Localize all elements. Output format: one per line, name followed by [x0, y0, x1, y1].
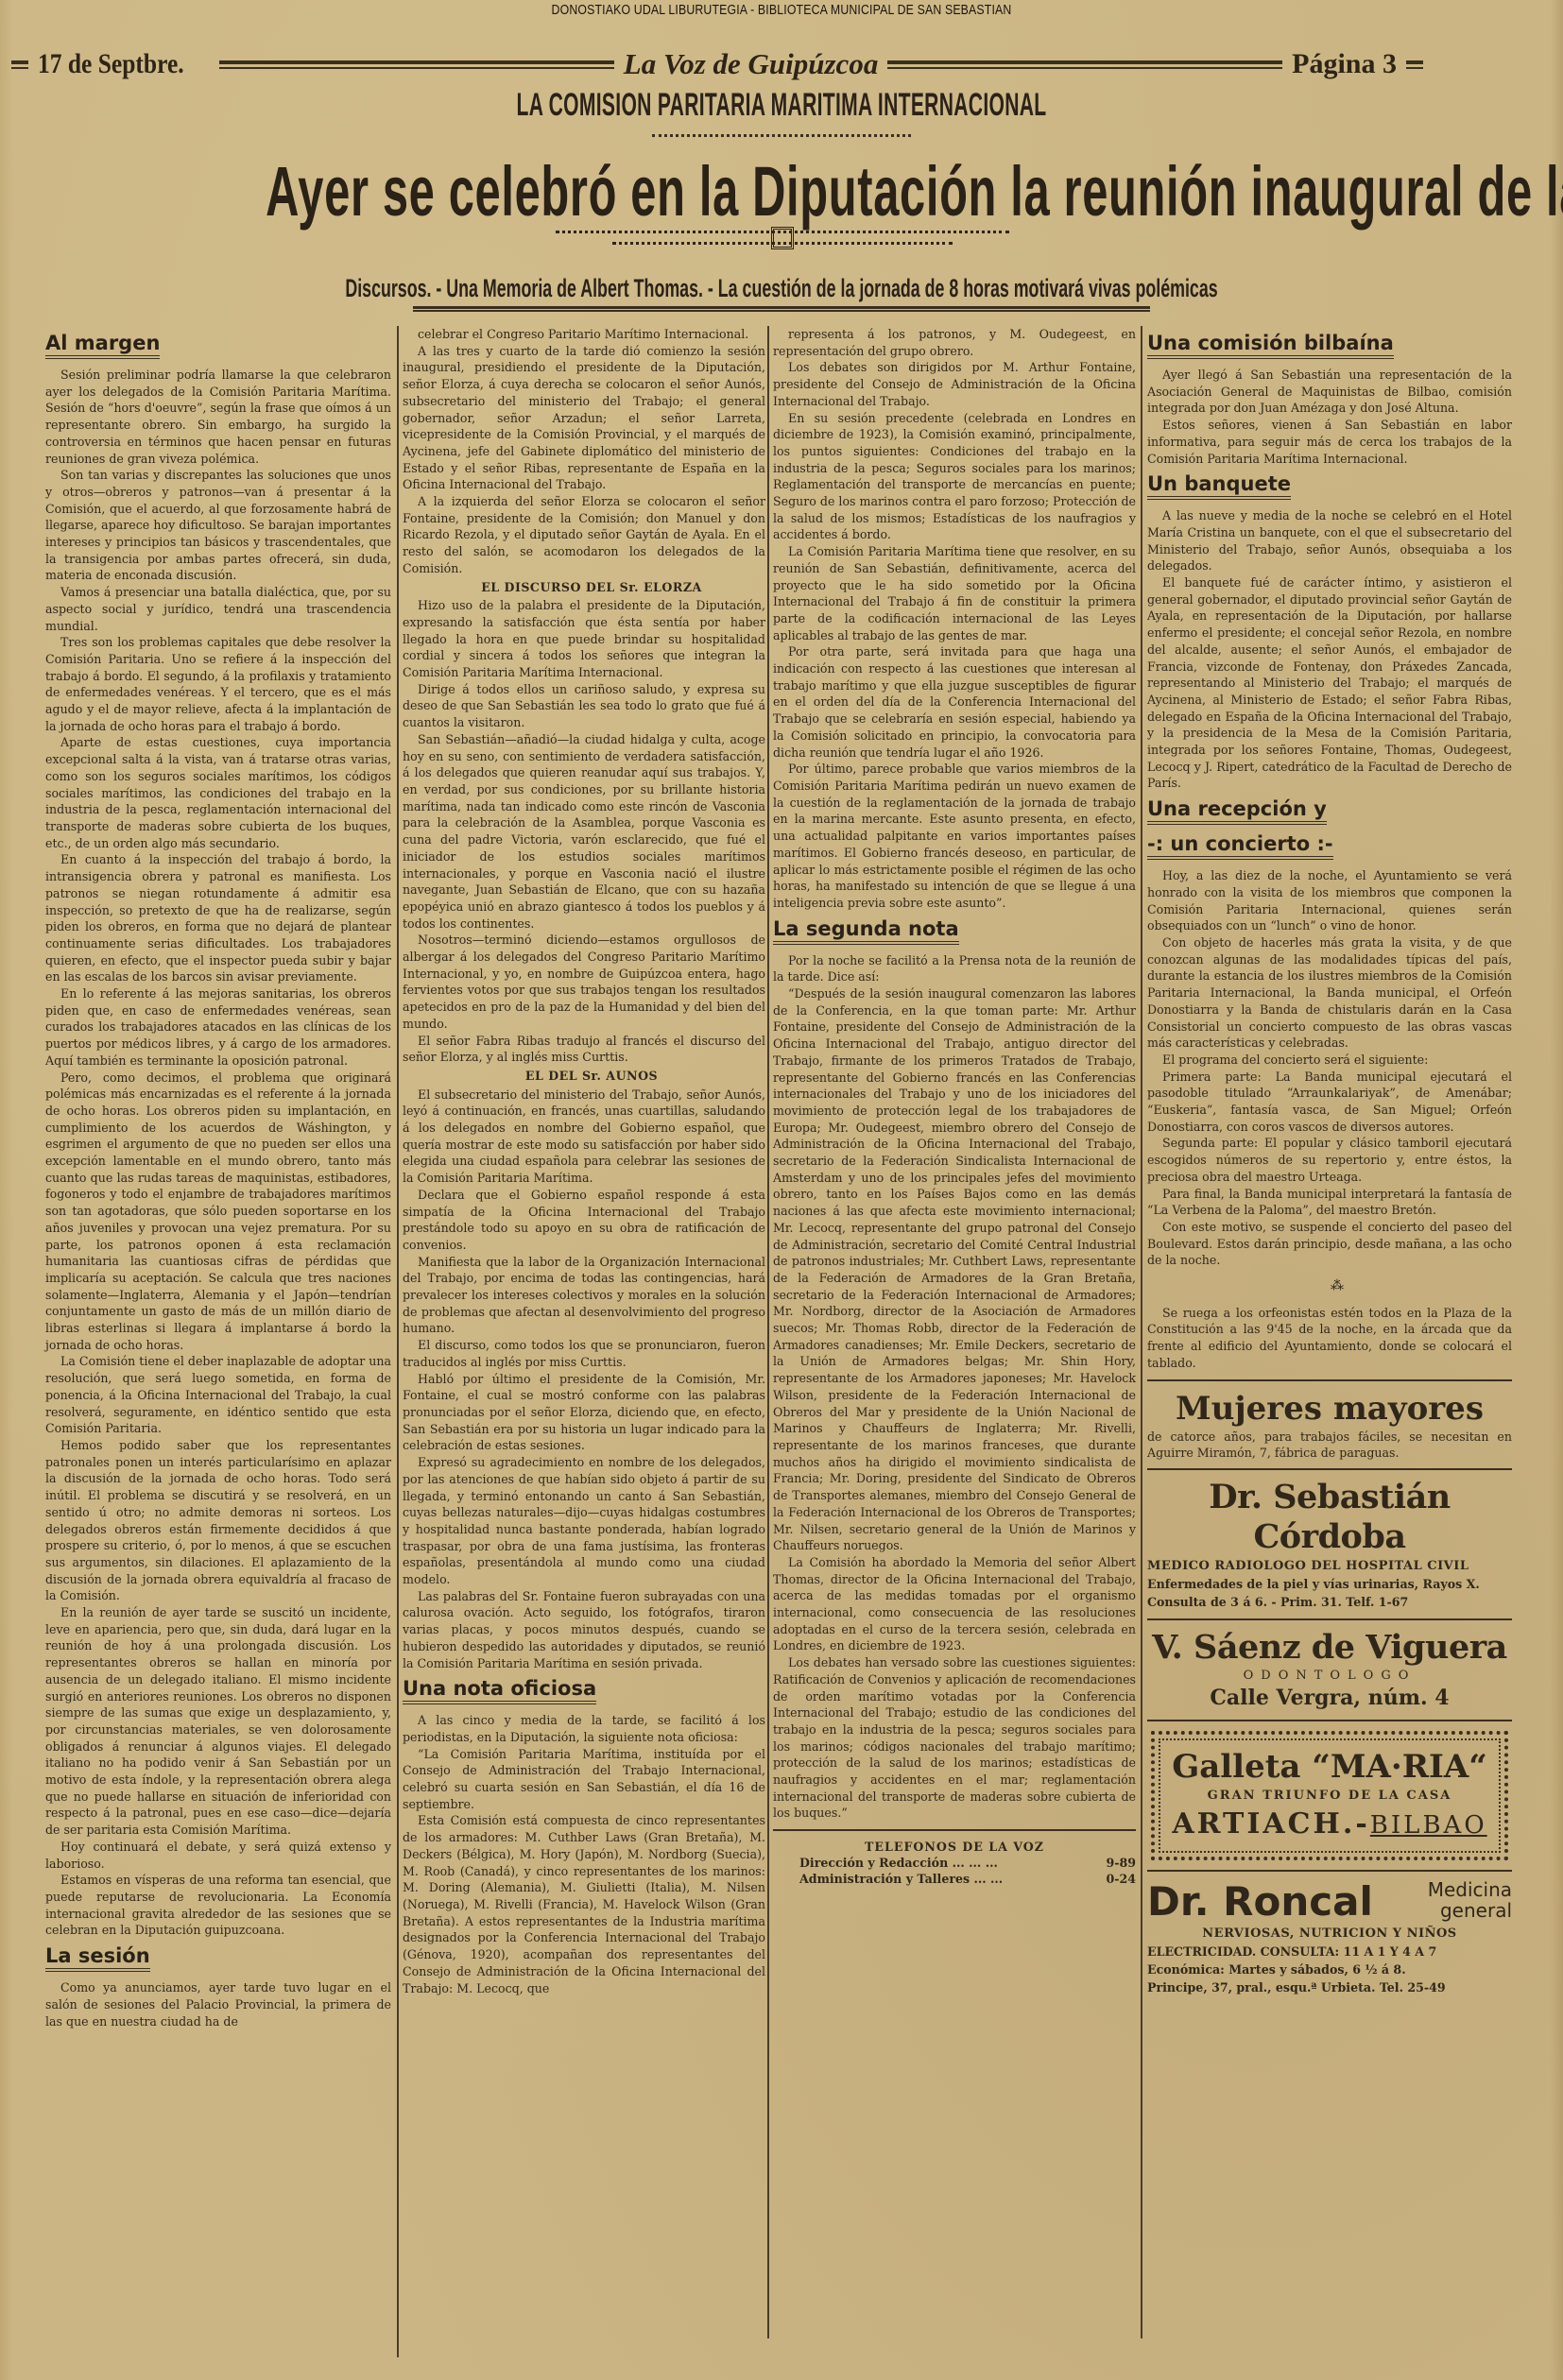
paragraph: Hoy, a las diez de la noche, el Ayuntami…	[1147, 867, 1512, 934]
paragraph: En cuanto á la inspección del trabajo á …	[45, 851, 391, 985]
masthead-rule	[219, 60, 614, 69]
masthead: 17 de Septbre. La Voz de Guipúzcoa Págin…	[11, 47, 1423, 81]
paragraph: En la reunión de ayer tarde se suscitó u…	[45, 1604, 391, 1839]
paragraph: Las palabras del Sr. Fontaine fueron sub…	[403, 1588, 765, 1672]
section-title-concierto: -: un concierto :-	[1147, 832, 1333, 860]
column-3: representa á los patronos, y M. Oudegees…	[773, 326, 1136, 1887]
paragraph: A las tres y cuarto de la tarde dió comi…	[403, 343, 765, 493]
paragraph: Como ya anunciamos, ayer tarde tuvo luga…	[45, 1979, 391, 2029]
article-banquete: A las nueve y media de la noche se celeb…	[1147, 507, 1512, 792]
column-rule	[397, 326, 399, 2357]
section-title-comision-bilbaina: Una comisión bilbaína	[1147, 332, 1394, 359]
paragraph: La Comisión Paritaria Marítima tiene que…	[773, 543, 1136, 643]
divider	[1147, 1379, 1512, 1381]
paragraph: Hoy continuará el debate, y será quizá e…	[45, 1839, 391, 1872]
article-discurso-aunos: El subsecretario del ministerio del Trab…	[403, 1087, 765, 1672]
phone-number: 0-24	[1106, 1871, 1136, 1887]
paragraph: Estamos en vísperas de una reforma tan e…	[45, 1872, 391, 1939]
article-recepcion-concierto: Hoy, a las diez de la noche, el Ayuntami…	[1147, 867, 1512, 1269]
article-la-sesion: Como ya anunciamos, ayer tarde tuvo luga…	[45, 1979, 391, 2029]
paragraph: Esta Comisión está compuesta de cinco re…	[403, 1812, 765, 1996]
paragraph: Manifiesta que la labor de la Organizaci…	[403, 1254, 765, 1338]
subheadline-deck: Discursos. - Una Memoria de Albert Thoma…	[266, 274, 1297, 303]
section-title-nota-oficiosa: Una nota oficiosa	[403, 1677, 596, 1704]
paragraph: Por último, parece probable que varios m…	[773, 761, 1136, 911]
ad-title: V. Sáenz de Viguera	[1147, 1628, 1512, 1668]
ad-subtitle: MEDICO RADIOLOGO DEL HOSPITAL CIVIL	[1147, 1557, 1512, 1575]
archive-watermark: DONOSTIAKO UDAL LIBURUTEGIA - BIBLIOTECA…	[141, 2, 1422, 18]
section-title-la-sesion: La sesión	[45, 1944, 150, 1972]
knot-ornament-icon	[771, 227, 794, 249]
ad-brand: ARTIACH.-BILBAO	[1166, 1806, 1493, 1843]
ad-text: Enfermedades de la piel y vías urinarias…	[1147, 1575, 1512, 1611]
paragraph: Nosotros—terminó diciendo—estamos orgull…	[403, 932, 765, 1032]
ad-specialty-line: Medicina	[1428, 1879, 1512, 1900]
ad-dr-roncal: Dr. Roncal Medicina general NERVIOSAS, N…	[1147, 1879, 1512, 1996]
paragraph: A las nueve y media de la noche se celeb…	[1147, 507, 1512, 574]
ad-galleta-maria: Galleta “MA·RIA“ GRAN TRIUNFO DE LA CASA…	[1151, 1731, 1508, 1860]
asterism-icon: ⁂	[1147, 1278, 1512, 1295]
paragraph: representa á los patronos, y M. Oudegees…	[773, 326, 1136, 359]
paragraph: Dirige á todos ellos un cariñoso saludo,…	[403, 681, 765, 731]
paragraph: Vamos á presenciar una batalla dialéctic…	[45, 584, 391, 634]
ad-dr-cordoba: Dr. Sebastián Córdoba MEDICO RADIOLOGO D…	[1147, 1478, 1512, 1611]
ad-title: Galleta “MA·RIA“	[1166, 1748, 1493, 1786]
ornament-divider	[556, 227, 1009, 255]
paragraph: “Después de la sesión inaugural comenzar…	[773, 985, 1136, 1554]
paragraph: El discurso, como todos los que se pronu…	[403, 1337, 765, 1370]
paragraph: Los debates han versado sobre las cuesti…	[773, 1654, 1136, 1822]
issue-date: 17 de Septbre.	[38, 48, 184, 80]
ad-line: NERVIOSAS, NUTRICION Y NIÑOS	[1147, 1925, 1512, 1943]
paragraph: Pero, como decimos, el problema que orig…	[45, 1070, 391, 1354]
paragraph: Por la noche se facilitó a la Prensa not…	[773, 952, 1136, 985]
paragraph: Ayer llegó á San Sebastián una represent…	[1147, 367, 1512, 417]
phone-row: Dirección y Redacción ... ... ... 9-89	[773, 1855, 1136, 1871]
paragraph: “La Comisión Paritaria Marítima, institu…	[403, 1746, 765, 1813]
paragraph: A la izquierda del señor Elorza se coloc…	[403, 493, 765, 577]
section-title-banquete: Un banquete	[1147, 472, 1291, 500]
phone-label: Administración y Talleres ... ...	[799, 1871, 1003, 1887]
article-nota-oficiosa: A las cinco y media de la tarde, se faci…	[403, 1712, 765, 1996]
ad-specialty: Medicina general	[1428, 1879, 1512, 1921]
ad-mujeres-mayores: Mujeres mayores de catorce años, para tr…	[1147, 1389, 1512, 1461]
subheading-aunos: EL DEL Sr. AUNOS	[403, 1068, 765, 1085]
ad-saenz-viguera: V. Sáenz de Viguera ODONTOLOGO Calle Ver…	[1147, 1628, 1512, 1713]
paragraph: En lo referente á las mejoras sanitarias…	[45, 985, 391, 1070]
paragraph: Hemos podido saber que los representante…	[45, 1437, 391, 1604]
orfeon-notice: Se ruega a los orfeonistas estén todos e…	[1147, 1305, 1512, 1372]
column-1: Al margen Sesión preliminar podría llama…	[45, 326, 391, 2029]
masthead-rule	[887, 60, 1282, 69]
ad-subtitle: GRAN TRIUNFO DE LA CASA	[1166, 1786, 1493, 1806]
masthead-rule-left-stub	[11, 60, 28, 69]
divider	[1147, 1618, 1512, 1620]
article-discurso-elorza: Hizo uso de la palabra el presidente de …	[403, 597, 765, 1066]
publication-name: La Voz de Guipúzcoa	[624, 47, 879, 81]
paragraph: El señor Fabra Ribas tradujo al francés …	[403, 1033, 765, 1066]
ad-specialty-line: general	[1428, 1900, 1512, 1921]
article-segunda-nota: Por la noche se facilitó a la Prensa not…	[773, 952, 1136, 1823]
paragraph: Con este motivo, se suspende el conciert…	[1147, 1219, 1512, 1269]
column-2: celebrar el Congreso Paritario Marítimo …	[403, 326, 765, 1996]
subheading-discurso-elorza: EL DISCURSO DEL Sr. ELORZA	[403, 579, 765, 596]
divider	[1147, 1720, 1512, 1721]
divider	[773, 1829, 1136, 1831]
ad-title: Dr. Roncal	[1147, 1879, 1373, 1925]
paragraph: El programa del concierto será el siguie…	[1147, 1052, 1512, 1069]
divider	[1147, 1468, 1512, 1470]
ad-line: Económica: Martes y sábados, 6 ½ á 8.	[1147, 1961, 1512, 1978]
paragraph: Tres son los problemas capitales que deb…	[45, 634, 391, 734]
paragraph: Aparte de estas cuestiones, cuya importa…	[45, 734, 391, 851]
paragraph: Segunda parte: El popular y clásico tamb…	[1147, 1135, 1512, 1185]
paragraph: A las cinco y media de la tarde, se faci…	[403, 1712, 765, 1745]
column-4: Una comisión bilbaína Ayer llegó á San S…	[1147, 326, 1512, 1996]
paragraph: Habló por último el presidente de la Com…	[403, 1371, 765, 1455]
paragraph: celebrar el Congreso Paritario Marítimo …	[403, 326, 765, 343]
ad-subtitle: ODONTOLOGO	[1147, 1668, 1512, 1685]
column-rule	[1141, 326, 1142, 2338]
paragraph: Declara que el Gobierno español responde…	[403, 1187, 765, 1254]
page-number: Página 3	[1292, 48, 1397, 80]
paragraph: Por otra parte, será invitada para que h…	[773, 643, 1136, 761]
ad-line: Principe, 37, pral., esqu.ª Urbieta. Tel…	[1147, 1978, 1512, 1996]
ad-brand-city: BILBAO	[1370, 1811, 1487, 1840]
article-comision-bilbaina: Ayer llegó á San Sebastián una represent…	[1147, 367, 1512, 467]
paragraph: San Sebastián—añadió—la ciudad hidalga y…	[403, 731, 765, 932]
phone-label: Dirección y Redacción ... ... ...	[799, 1855, 998, 1871]
article-nota-continued: representa á los patronos, y M. Oudegees…	[773, 326, 1136, 912]
ad-line: ELECTRICIDAD. CONSULTA: 11 A 1 Y 4 A 7	[1147, 1943, 1512, 1961]
paragraph: Con objeto de hacerles más grata la visi…	[1147, 934, 1512, 1052]
ad-title: Dr. Sebastián Córdoba	[1147, 1478, 1512, 1557]
paragraph: El subsecretario del ministerio del Trab…	[403, 1087, 765, 1187]
section-title-segunda-nota: La segunda nota	[773, 917, 959, 945]
paragraph: La Comisión ha abordado la Memoria del s…	[773, 1554, 1136, 1654]
deck-underline	[413, 306, 1150, 312]
section-title-recepcion: Una recepción y	[1147, 797, 1327, 825]
paragraph: La Comisión tiene el deber inaplazable d…	[45, 1353, 391, 1437]
paragraph: En su sesión precedente (celebrada en Lo…	[773, 410, 1136, 544]
phone-row: Administración y Talleres ... ... 0-24	[773, 1871, 1136, 1887]
paragraph: Para final, la Banda municipal interpret…	[1147, 1186, 1512, 1219]
article-al-margen: Sesión preliminar podría llamarse la que…	[45, 367, 391, 1939]
ad-address: Calle Vergra, núm. 4	[1147, 1684, 1512, 1712]
paragraph: Primera parte: La Banda municipal ejecut…	[1147, 1069, 1512, 1136]
paragraph: El banquete fué de carácter íntimo, y as…	[1147, 574, 1512, 792]
main-headline: Ayer se celebró en la Diputación la reun…	[266, 151, 1297, 231]
divider-dotted	[652, 134, 911, 139]
paragraph: Sesión preliminar podría llamarse la que…	[45, 367, 391, 467]
phone-directory-title: TELEFONOS DE LA VOZ	[773, 1839, 1136, 1855]
masthead-rule-right-stub	[1406, 60, 1423, 69]
paragraph: Los debates son dirigidos por M. Arthur …	[773, 359, 1136, 409]
ad-text: de catorce años, para trabajos fáciles, …	[1147, 1429, 1512, 1461]
paragraph: Son tan varias y discrepantes las soluci…	[45, 467, 391, 584]
column-rule	[767, 326, 769, 2338]
paragraph: Expresó su agradecimiento en nombre de l…	[403, 1454, 765, 1588]
kicker-heading: LA COMISION PARITARIA MARITIMA INTERNACI…	[297, 87, 1265, 124]
phone-number: 9-89	[1106, 1855, 1136, 1871]
paragraph: Estos señores, vienen á San Sebastián en…	[1147, 417, 1512, 467]
article-sesion-continued: celebrar el Congreso Paritario Marítimo …	[403, 326, 765, 577]
section-title-al-margen: Al margen	[45, 332, 160, 359]
phone-directory: TELEFONOS DE LA VOZ Dirección y Redacció…	[773, 1839, 1136, 1887]
ad-title: Mujeres mayores	[1147, 1389, 1512, 1429]
divider	[1147, 1870, 1512, 1872]
paragraph: Hizo uso de la palabra el presidente de …	[403, 597, 765, 681]
ad-brand-name: ARTIACH.-	[1172, 1807, 1369, 1841]
